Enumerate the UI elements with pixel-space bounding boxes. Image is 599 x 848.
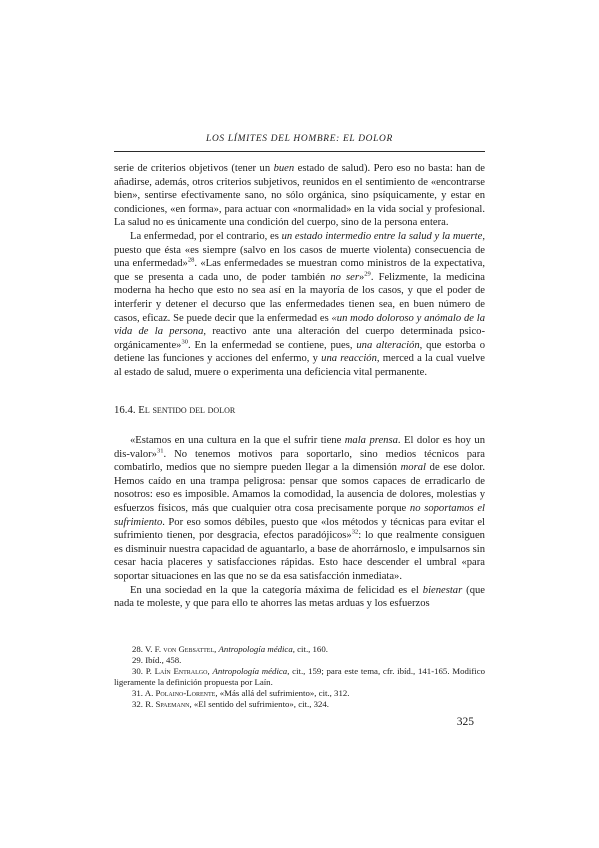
text-run: . En la enfermedad se contiene, pues, xyxy=(188,340,356,351)
body-paragraph: serie de criterios objetivos (tener un b… xyxy=(114,162,485,230)
text-run: una alteración xyxy=(356,340,419,351)
footnote: 32. R. Spaemann, «El sentido del sufrimi… xyxy=(114,699,485,710)
header-rule xyxy=(114,151,485,152)
text-run: 30. P. xyxy=(132,666,155,676)
text-run: von Gebsattel xyxy=(163,644,214,654)
footnote: 28. V. F. von Gebsattel, Antropología mé… xyxy=(114,644,485,655)
text-run: moral xyxy=(401,462,426,473)
text-run: , «El sentido del sufrimiento», cit., 32… xyxy=(189,699,329,709)
text-run: Antropología médica xyxy=(219,644,293,654)
text-run: Polaino-Lorente xyxy=(155,688,215,698)
body-paragraph: La enfermedad, por el contrario, es un e… xyxy=(114,230,485,380)
text-run: buen xyxy=(274,163,295,174)
text-run: una reacción xyxy=(321,353,377,364)
section-heading: 16.4. El sentido del dolor xyxy=(114,404,485,418)
text-run: 32. R. xyxy=(132,699,155,709)
running-head: LOS LÍMITES DEL HOMBRE: EL DOLOR xyxy=(114,134,485,144)
text-run: un estado intermedio entre la salud y la… xyxy=(282,231,483,242)
text-run: Antropología médica xyxy=(212,666,287,676)
body-text: serie de criterios objetivos (tener un b… xyxy=(114,162,485,611)
text-run: Spaemann xyxy=(155,699,189,709)
text-run: 28. V. F. xyxy=(132,644,163,654)
text-run: 16.4. xyxy=(114,404,138,416)
text-run: no ser xyxy=(330,272,359,283)
body-paragraph: En una sociedad en la que la categoría m… xyxy=(114,584,485,611)
text-run: «Estamos en una cultura en la que el suf… xyxy=(130,435,345,446)
text-run: El sentido del dolor xyxy=(138,404,235,416)
text-run: En una sociedad en la que la categoría m… xyxy=(130,585,423,596)
text-run: bienestar xyxy=(423,585,462,596)
text-run: , cit., 160. xyxy=(293,644,328,654)
footnotes-block: 28. V. F. von Gebsattel, Antropología mé… xyxy=(114,644,485,709)
book-page: LOS LÍMITES DEL HOMBRE: EL DOLOR serie d… xyxy=(0,0,599,848)
footnote: 30. P. Laín Entralgo, Antropología médic… xyxy=(114,666,485,688)
text-run: La enfermedad, por el contrario, es xyxy=(130,231,282,242)
text-run: Laín Entralgo xyxy=(155,666,208,676)
text-run: , «Más allá del sufrimiento», cit., 312. xyxy=(215,688,349,698)
text-run: serie de criterios objetivos (tener un xyxy=(114,163,274,174)
page-number: 325 xyxy=(114,716,474,728)
body-paragraph: «Estamos en una cultura en la que el suf… xyxy=(114,434,485,584)
text-run: mala prensa xyxy=(345,435,398,446)
text-run: 31. A. xyxy=(132,688,155,698)
footnote: 29. Ibíd., 458. xyxy=(114,655,485,666)
text-run: 29. Ibíd., 458. xyxy=(132,655,181,665)
footnote: 31. A. Polaino-Lorente, «Más allá del su… xyxy=(114,688,485,699)
